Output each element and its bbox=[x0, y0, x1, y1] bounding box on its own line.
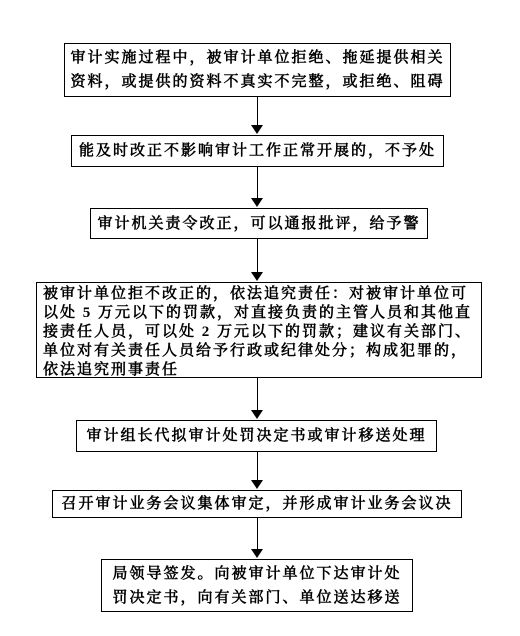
node-text-line: 被审计单位拒不改正的，依法追究责任：对被审计单位可 bbox=[43, 285, 468, 304]
flowchart-node-draft-decision: 审计组长代拟审计处罚决定书或审计移送处理 bbox=[76, 420, 437, 452]
arrow-shaft bbox=[257, 518, 259, 550]
arrow-shaft bbox=[257, 452, 259, 481]
node-text-line: 召开审计业务会议集体审定，并形成审计业务会议决 bbox=[61, 492, 452, 516]
flow-arrow-down bbox=[251, 378, 264, 419]
node-text-line: 局领导签发。向被审计单位下达审计处 bbox=[112, 562, 401, 586]
node-text-line: 审计实施过程中，被审计单位拒绝、拖延提供相关 bbox=[70, 46, 444, 70]
flow-arrow-down bbox=[251, 167, 264, 207]
node-text-line: 单位对有关责任人员给予行政或纪律处分；构成犯罪的， bbox=[43, 342, 468, 361]
node-text-line: 审计组长代拟审计处罚决定书或审计移送处理 bbox=[86, 424, 426, 448]
arrow-head-icon bbox=[251, 198, 263, 207]
node-text-line: 罚决定书，向有关部门、单位送达移送 bbox=[112, 586, 401, 610]
node-text-line: 以处 5 万元以下的罚款，对直接负责的主管人员和其他直 bbox=[43, 304, 472, 323]
flowchart-node-meeting-review: 召开审计业务会议集体审定，并形成审计业务会议决 bbox=[52, 490, 462, 518]
arrow-head-icon bbox=[251, 272, 263, 281]
flow-arrow-down bbox=[251, 452, 264, 489]
node-text-line: 能及时改正不影响审计工作正常开展的，不予处 bbox=[79, 139, 436, 163]
arrow-head-icon bbox=[251, 480, 263, 489]
arrow-head-icon bbox=[251, 549, 263, 558]
flowchart-node-legal-liability: 被审计单位拒不改正的，依法追究责任：对被审计单位可 以处 5 万元以下的罚款，对… bbox=[36, 282, 482, 378]
arrow-head-icon bbox=[251, 410, 263, 419]
flow-arrow-down bbox=[251, 97, 264, 134]
arrow-shaft bbox=[257, 239, 259, 273]
flow-arrow-down bbox=[251, 518, 264, 558]
arrow-shaft bbox=[257, 378, 259, 411]
node-text-line: 资料，或提供的资料不真实不完整，或拒绝、阻碍 bbox=[70, 70, 444, 94]
flowchart-node-no-penalty: 能及时改正不影响审计工作正常开展的，不予处 bbox=[71, 135, 444, 167]
flowchart-node-sign-deliver: 局领导签发。向被审计单位下达审计处 罚决定书，向有关部门、单位送达移送 bbox=[101, 559, 413, 612]
flowchart-canvas: 审计实施过程中，被审计单位拒绝、拖延提供相关 资料，或提供的资料不真实不完整，或… bbox=[0, 0, 520, 636]
arrow-shaft bbox=[257, 167, 259, 199]
arrow-head-icon bbox=[251, 125, 263, 134]
node-text-line: 接责任人员，可以处 2 万元以下的罚款；建议有关部门、 bbox=[43, 323, 472, 342]
arrow-shaft bbox=[257, 97, 259, 126]
node-text-line: 依法追究刑事责任 bbox=[43, 361, 179, 378]
node-text-line: 审计机关责令改正，可以通报批评，给予警 bbox=[97, 212, 420, 236]
flow-arrow-down bbox=[251, 239, 264, 281]
flowchart-node-order-correction: 审计机关责令改正，可以通报批评，给予警 bbox=[90, 208, 428, 239]
flowchart-node-audit-violation: 审计实施过程中，被审计单位拒绝、拖延提供相关 资料，或提供的资料不真实不完整，或… bbox=[64, 43, 451, 97]
